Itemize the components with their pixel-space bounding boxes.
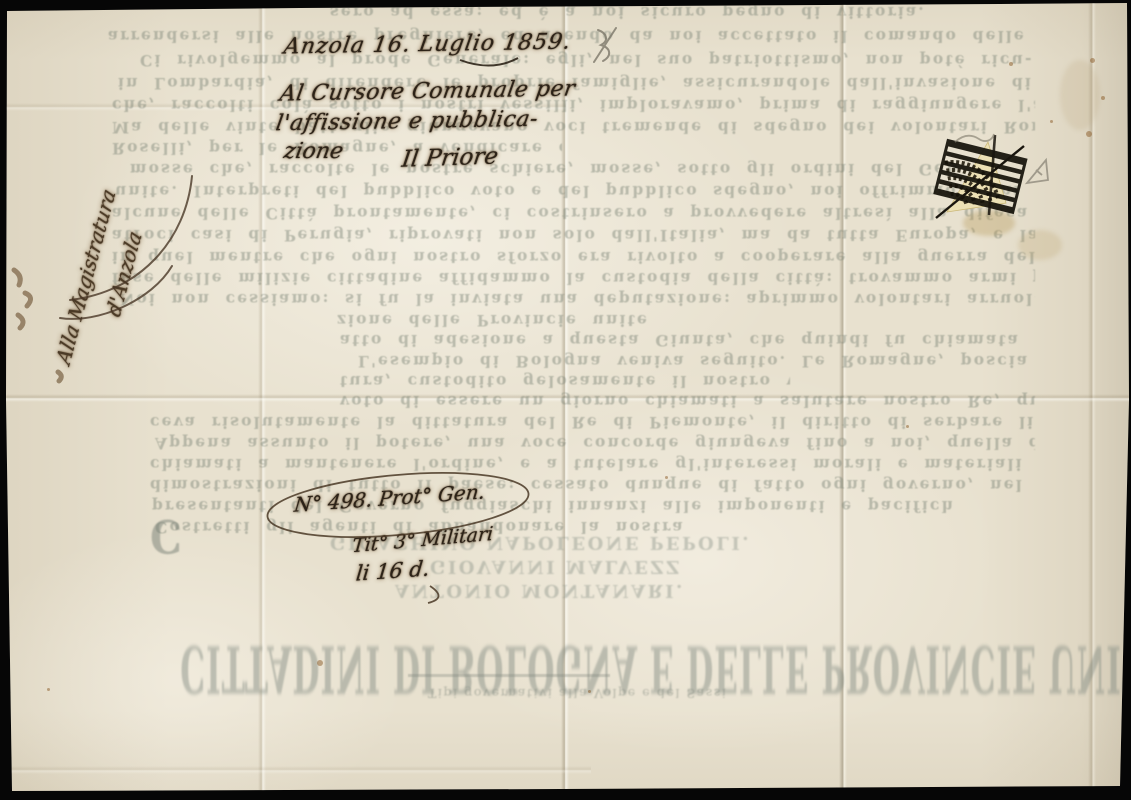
showthrough-text-line: che, raccolti colà sotto i nostri vessil…	[112, 96, 1035, 115]
scan-background: sero ad essa; ed è a noi sicuro pegno di…	[0, 0, 1131, 800]
paper-stain	[1060, 60, 1100, 130]
foxing-spot	[1009, 62, 1013, 66]
showthrough-text-line: Noi non cessiamo: si fu la inviata una d…	[120, 290, 1035, 309]
letter-verso-paper: sero ad essa; ed è a noi sicuro pegno di…	[0, 0, 1131, 800]
foxing-spot	[665, 476, 668, 479]
foxing-spot	[1101, 96, 1105, 100]
showthrough-text-line: Ci rivolgemmo al prode Generale: egli, n…	[140, 51, 1035, 70]
fold-crease-horizontal-bottom	[0, 766, 591, 774]
showthrough-text-line: presentanti del Governo fuggiaschi innan…	[152, 497, 952, 516]
showthrough-text-line: sero ad essa; ed è a noi sicuro pegno di…	[330, 3, 1035, 22]
showthrough-text-line: Appena assunto il potere, una voce conco…	[155, 434, 1035, 453]
handwritten-recipient-line1: Al Cursore Comunale per	[278, 76, 577, 106]
showthrough-text-line: tura, custodito gelosamente il nostro ve…	[340, 372, 790, 391]
showthrough-proclamation-title: CITTADINI DI BOLOGNA E DELLE PROVINCIE U…	[180, 565, 945, 706]
showthrough-text-line: L'esempio di Bologna veniva seguito. Le …	[358, 352, 1035, 371]
showthrough-text-line: fese delle milizie cittadine affidammo l…	[112, 269, 1035, 288]
foxing-spot	[1090, 58, 1095, 63]
paper-stain	[1018, 230, 1062, 260]
showthrough-text-line: atto di adesione a questa Giunta, che qu…	[340, 331, 1035, 350]
handwritten-recipient-line3: zione	[282, 139, 345, 164]
handwritten-recipient-line2: l'affissione e pubblica-	[274, 107, 540, 137]
handwritten-dateline: Anzola 16. Luglio 1859.	[282, 29, 573, 59]
showthrough-drop-capital: C	[150, 508, 182, 562]
showthrough-printed-rule	[408, 674, 610, 677]
showthrough-text-line: zione delle Provincie unite.	[337, 311, 647, 330]
showthrough-text-line: in quel mentre che ogni nostro sforzo er…	[112, 248, 1035, 267]
showthrough-text-line: ceva risolutamente la dittatura del Re d…	[150, 413, 1035, 432]
foxing-spot	[1086, 131, 1092, 137]
showthrough-text-line: dimostrazioni di tutto il paese: cessato…	[150, 476, 1035, 495]
showthrough-text-line: unite. Interpreti del pubblico voto e de…	[115, 182, 1035, 201]
showthrough-text-line: chiamati a mantenere l'ordine, e a tutel…	[150, 455, 1035, 474]
showthrough-text-line: mosse che, raccolte le nostre schiere, m…	[130, 160, 1035, 179]
foxing-spot	[1050, 120, 1053, 123]
showthrough-text-line: Ma delle vinte battaglie giungevano voci…	[112, 118, 1035, 137]
foxing-spot	[906, 425, 909, 428]
foxing-spot	[588, 690, 591, 693]
handwritten-signature-il-priore: Il Priore	[400, 143, 500, 172]
foxing-spot	[317, 660, 323, 666]
foxing-spot	[47, 688, 50, 691]
showthrough-printer-imprint: Tipi governativi alla Volpe e del Sassi.	[428, 686, 728, 701]
showthrough-text-line: atroci casi di Perugia, riprovati non so…	[112, 226, 1035, 245]
showthrough-text-line: alcune delle Città prontamente, ci costr…	[112, 204, 1035, 223]
paper-stain	[963, 210, 1015, 236]
showthrough-text-line: voto di essere un giorno chiamati a salu…	[340, 392, 1035, 411]
